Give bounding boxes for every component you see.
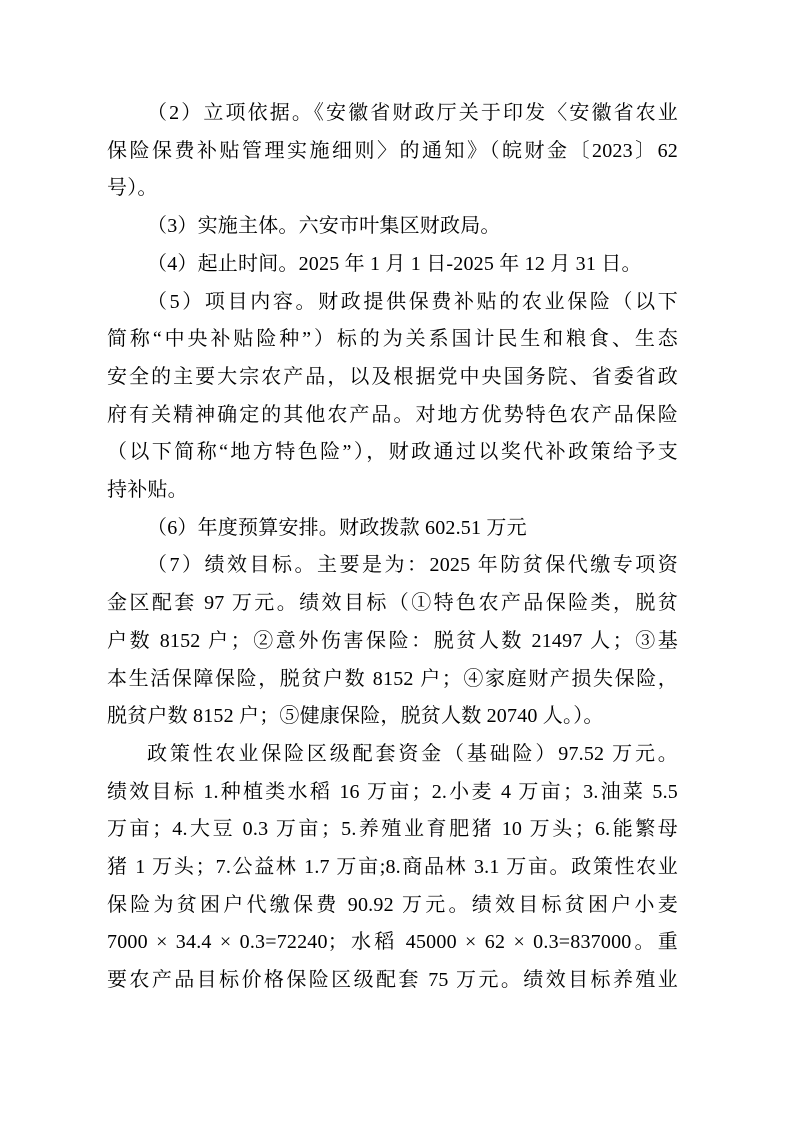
text-line: 安全的主要大宗农产品，以及根据党中央国务院、省委省政 xyxy=(107,359,678,397)
text-line: （以下简称“地方特色险”），财政通过以奖代补政策给予支 xyxy=(107,434,678,472)
paragraph: （5）项目内容。财政提供保费补贴的农业保险（以下简称“中央补贴险种”）标的为关系… xyxy=(107,284,678,510)
text-line: 本生活保障保险，脱贫户数 8152 户；④家庭财产损失保险， xyxy=(107,661,678,699)
text-line: （2）立项依据。《安徽省财政厅关于印发〈安徽省农业 xyxy=(107,95,678,133)
text-line: 猪 1 万头；7.公益林 1.7 万亩;8.商品林 3.1 万亩。政策性农业 xyxy=(107,849,678,887)
text-line: （7）绩效目标。主要是为：2025 年防贫保代缴专项资 xyxy=(107,547,678,585)
text-line: 简称“中央补贴险种”）标的为关系国计民生和粮食、生态 xyxy=(107,321,678,359)
text-line: 金区配套 97 万元。绩效目标（①特色农产品保险类，脱贫 xyxy=(107,585,678,623)
text-line: （4）起止时间。2025 年 1 月 1 日-2025 年 12 月 31 日。 xyxy=(107,246,678,284)
paragraph: （2）立项依据。《安徽省财政厅关于印发〈安徽省农业保险保费补贴管理实施细则〉的通… xyxy=(107,95,678,208)
text-line: 7000 × 34.4 × 0.3=72240；水稻 45000 × 62 × … xyxy=(107,924,678,962)
text-line: 脱贫户数 8152 户；⑤健康保险，脱贫人数 20740 人。）。 xyxy=(107,698,678,736)
text-line: 号）。 xyxy=(107,170,678,208)
text-line: 绩效目标 1.种植类水稻 16 万亩；2.小麦 4 万亩；3.油菜 5.5 xyxy=(107,774,678,812)
text-line: 要农产品目标价格保险区级配套 75 万元。绩效目标养殖业 xyxy=(107,962,678,1000)
text-line: 保险为贫困户代缴保费 90.92 万元。绩效目标贫困户小麦 xyxy=(107,887,678,925)
document-body: （2）立项依据。《安徽省财政厅关于印发〈安徽省农业保险保费补贴管理实施细则〉的通… xyxy=(107,95,678,1000)
text-line: 府有关精神确定的其他农产品。对地方优势特色农产品保险 xyxy=(107,397,678,435)
text-line: （5）项目内容。财政提供保费补贴的农业保险（以下 xyxy=(107,284,678,322)
text-line: 户数 8152 户；②意外伤害保险：脱贫人数 21497 人；③基 xyxy=(107,623,678,661)
text-line: 万亩；4.大豆 0.3 万亩；5.养殖业育肥猪 10 万头；6.能繁母 xyxy=(107,811,678,849)
paragraph: （6）年度预算安排。财政拨款 602.51 万元 xyxy=(107,510,678,548)
text-line: （6）年度预算安排。财政拨款 602.51 万元 xyxy=(107,510,678,548)
paragraph: （4）起止时间。2025 年 1 月 1 日-2025 年 12 月 31 日。 xyxy=(107,246,678,284)
text-line: 保险保费补贴管理实施细则〉的通知》（皖财金〔2023〕62 xyxy=(107,133,678,171)
paragraph: （3）实施主体。六安市叶集区财政局。 xyxy=(107,208,678,246)
paragraph: （7）绩效目标。主要是为：2025 年防贫保代缴专项资金区配套 97 万元。绩效… xyxy=(107,547,678,736)
paragraph: 政策性农业保险区级配套资金（基础险）97.52 万元。绩效目标 1.种植类水稻 … xyxy=(107,736,678,1000)
text-line: （3）实施主体。六安市叶集区财政局。 xyxy=(107,208,678,246)
document-page: （2）立项依据。《安徽省财政厅关于印发〈安徽省农业保险保费补贴管理实施细则〉的通… xyxy=(0,0,793,1122)
text-line: 持补贴。 xyxy=(107,472,678,510)
text-line: 政策性农业保险区级配套资金（基础险）97.52 万元。 xyxy=(107,736,678,774)
